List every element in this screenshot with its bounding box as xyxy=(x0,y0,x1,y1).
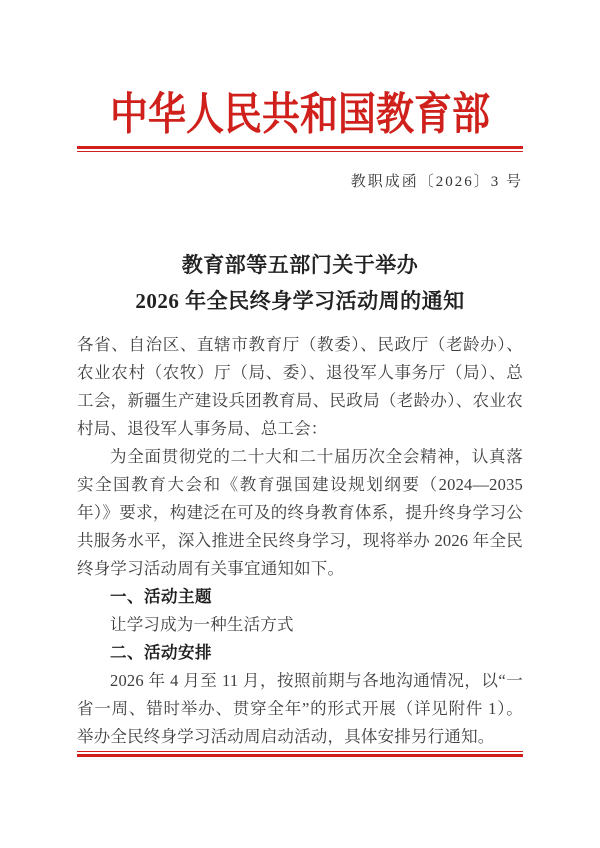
footer-rule-thick-line xyxy=(77,754,523,757)
document-title-line1: 教育部等五部门关于举办 xyxy=(0,247,600,283)
section-2-text: 2026 年 4 月至 11 月，按照前期与各地沟通情况，以“一省一周、错时举办… xyxy=(77,667,523,751)
section-1-heading: 一、活动主题 xyxy=(77,583,523,611)
document-number: 教职成函〔2026〕3 号 xyxy=(77,172,523,192)
agency-header: 中华人民共和国教育部 xyxy=(0,90,600,140)
header-rule-thin-line xyxy=(77,151,523,152)
header-red-rule xyxy=(77,146,523,152)
section-1-text: 让学习成为一种生活方式 xyxy=(77,611,523,639)
salutation-paragraph: 各省、自治区、直辖市教育厅（教委）、民政厅（老龄办）、农业农村（农牧）厅（局、委… xyxy=(77,331,523,443)
section-2-heading: 二、活动安排 xyxy=(77,639,523,667)
official-document-page: 中华人民共和国教育部 教职成函〔2026〕3 号 教育部等五部门关于举办 202… xyxy=(0,0,600,848)
agency-title: 中华人民共和国教育部 xyxy=(110,86,490,144)
footer-red-rule xyxy=(77,751,523,757)
intro-paragraph: 为全面贯彻党的二十大和二十届历次全会精神，认真落实全国教育大会和《教育强国建设规… xyxy=(77,443,523,583)
document-title-line2: 2026 年全民终身学习活动周的通知 xyxy=(0,283,600,319)
document-title: 教育部等五部门关于举办 2026 年全民终身学习活动周的通知 xyxy=(0,247,600,319)
document-body: 各省、自治区、直辖市教育厅（教委）、民政厅（老龄办）、农业农村（农牧）厅（局、委… xyxy=(77,331,523,751)
